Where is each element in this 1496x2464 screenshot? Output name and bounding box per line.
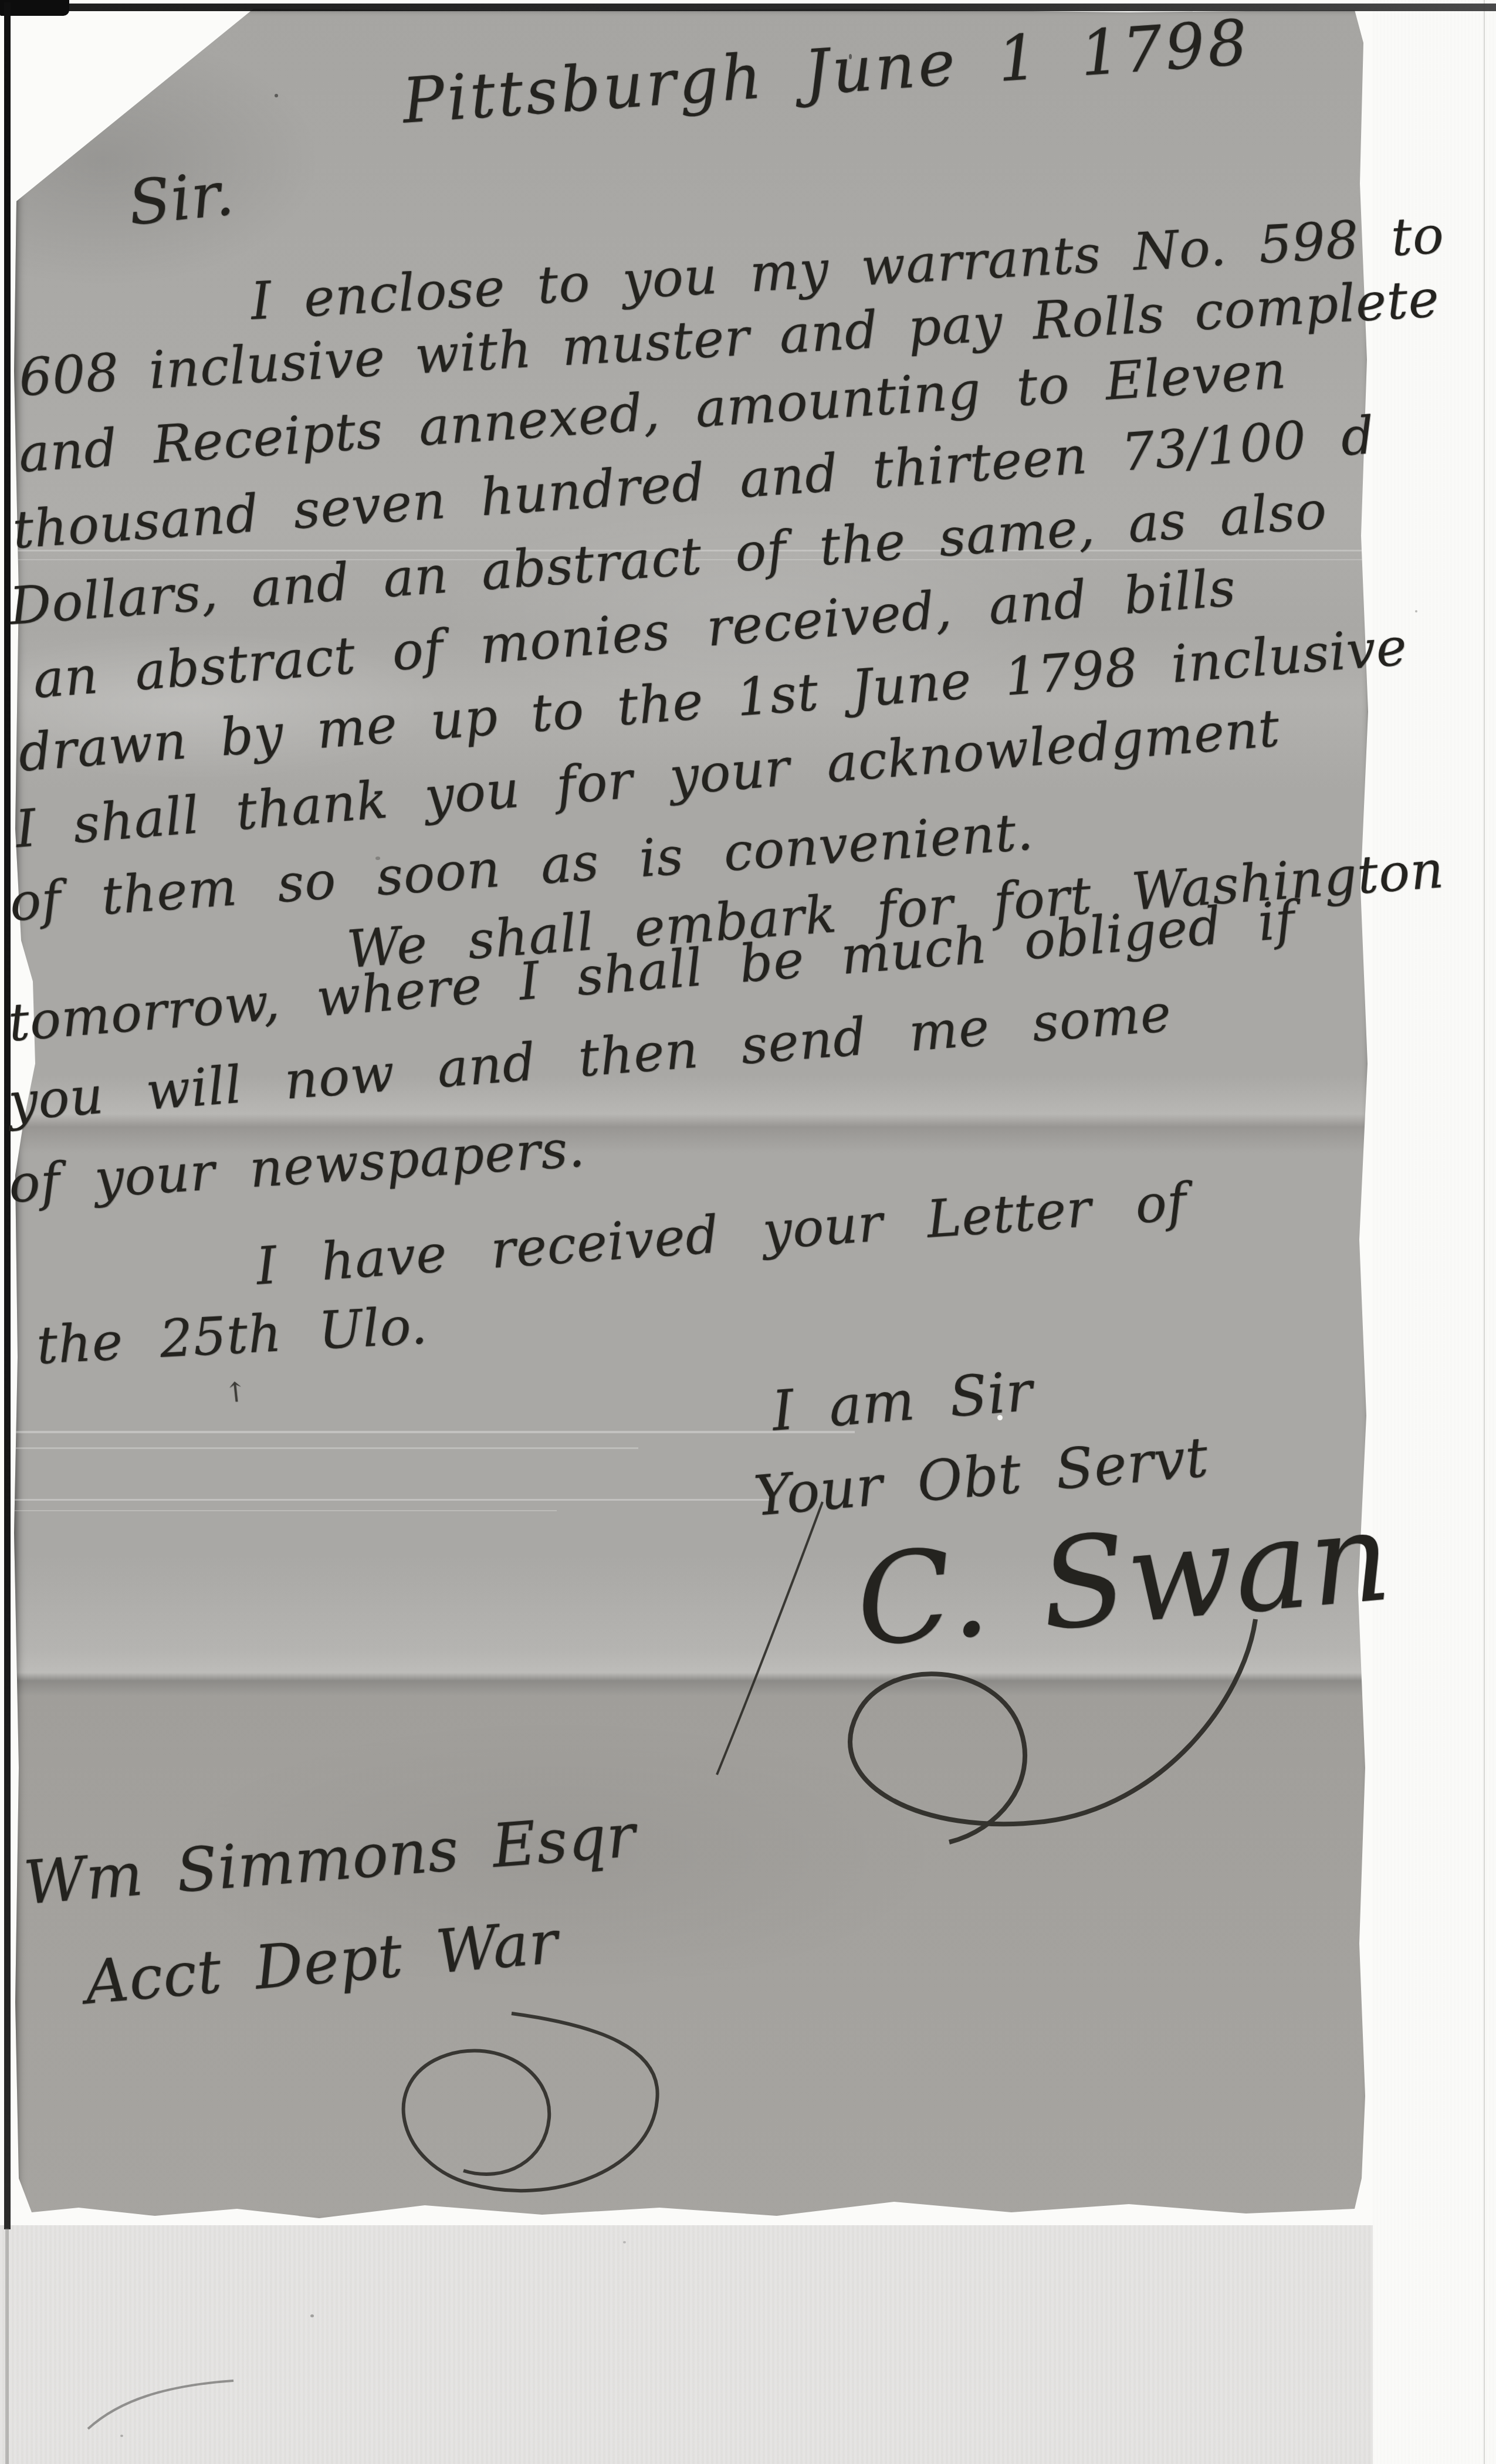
dust-speck: [375, 857, 380, 860]
scan-streak: [14, 1510, 557, 1511]
scan-border-left-lower: [5, 2228, 9, 2464]
scanned-letter-page: Pittsburgh June 1 1798 Sir. I enclose to…: [0, 0, 1496, 2464]
salutation: Sir.: [126, 163, 237, 234]
scanner-backing-bottom: [0, 2225, 1377, 2464]
paper-fleck: [997, 1415, 1003, 1420]
dust-speck: [623, 2241, 626, 2243]
scan-edge-line-right: [1484, 0, 1485, 2464]
scan-streak: [14, 1447, 638, 1449]
dust-speck: [849, 54, 852, 59]
annotation-caret-mark: ↑: [223, 1377, 249, 1407]
scan-border-top: [0, 4, 1496, 11]
scanner-background-right: [1373, 0, 1496, 2464]
dust-speck: [1415, 610, 1417, 612]
dust-speck: [120, 2435, 123, 2437]
scan-streak: [14, 1431, 855, 1433]
dust-speck: [275, 94, 278, 97]
scan-streak: [14, 1499, 774, 1501]
dust-speck: [310, 2314, 314, 2317]
